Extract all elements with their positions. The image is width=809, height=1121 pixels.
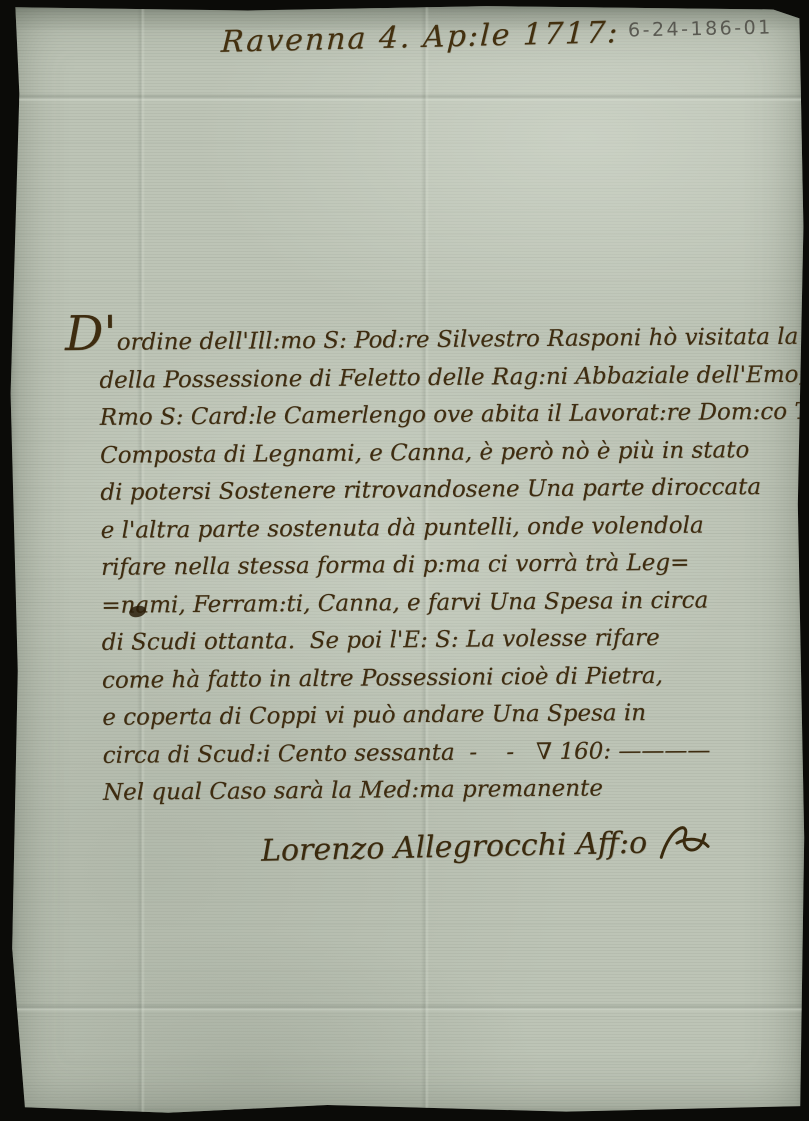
- handwritten-line: D'ordine dell'Ill:mo S: Pod:re Silvestro…: [65, 318, 787, 363]
- handwritten-line: =nami, Ferram:ti, Canna, e farvi Una Spe…: [67, 581, 789, 625]
- fold-crease-horizontal-top: [9, 93, 805, 102]
- signature-row: Lorenzo Allegrocchi Aff:o: [261, 818, 714, 873]
- signature: Lorenzo Allegrocchi Aff:o: [261, 825, 648, 868]
- fold-crease-horizontal-bottom: [9, 1003, 805, 1012]
- handwritten-line: Rmo S: Card:le Camerlengo ove abita il L…: [66, 394, 788, 438]
- archival-catalog-number: 6-24-186-01: [628, 16, 773, 41]
- signature-flourish-icon: [655, 818, 714, 865]
- handwritten-line: Composta di Legnami, e Canna, è però nò …: [66, 431, 788, 475]
- handwritten-line: e coperta di Coppi vi può andare Una Spe…: [68, 694, 790, 738]
- handwritten-line: come hà fatto in altre Possessioni cioè …: [68, 656, 790, 700]
- photographed-manuscript: 6-24-186-01 Ravenna 4. Ap:le 1717: D'ord…: [0, 0, 809, 1121]
- handwritten-line: circa di Scud:i Cento sessanta - - ∇ 160…: [68, 731, 790, 775]
- handwritten-line: di potersi Sostenere ritrovandosene Una …: [66, 469, 788, 513]
- handwritten-line: Nel qual Caso sarà la Med:ma premanente: [69, 769, 791, 813]
- letter-body: D'ordine dell'Ill:mo S: Pod:re Silvestro…: [65, 318, 791, 813]
- handwritten-line: della Possessione di Feletto delle Rag:n…: [65, 356, 787, 400]
- handwritten-line: rifare nella stessa forma di p:ma ci vor…: [67, 544, 789, 588]
- letter-paper: 6-24-186-01 Ravenna 4. Ap:le 1717: D'ord…: [9, 5, 805, 1115]
- handwritten-line: di Scudi ottanta. Se poi l'E: S: La vole…: [68, 619, 790, 663]
- handwritten-line: e l'altra parte sostenuta dà puntelli, o…: [67, 506, 789, 550]
